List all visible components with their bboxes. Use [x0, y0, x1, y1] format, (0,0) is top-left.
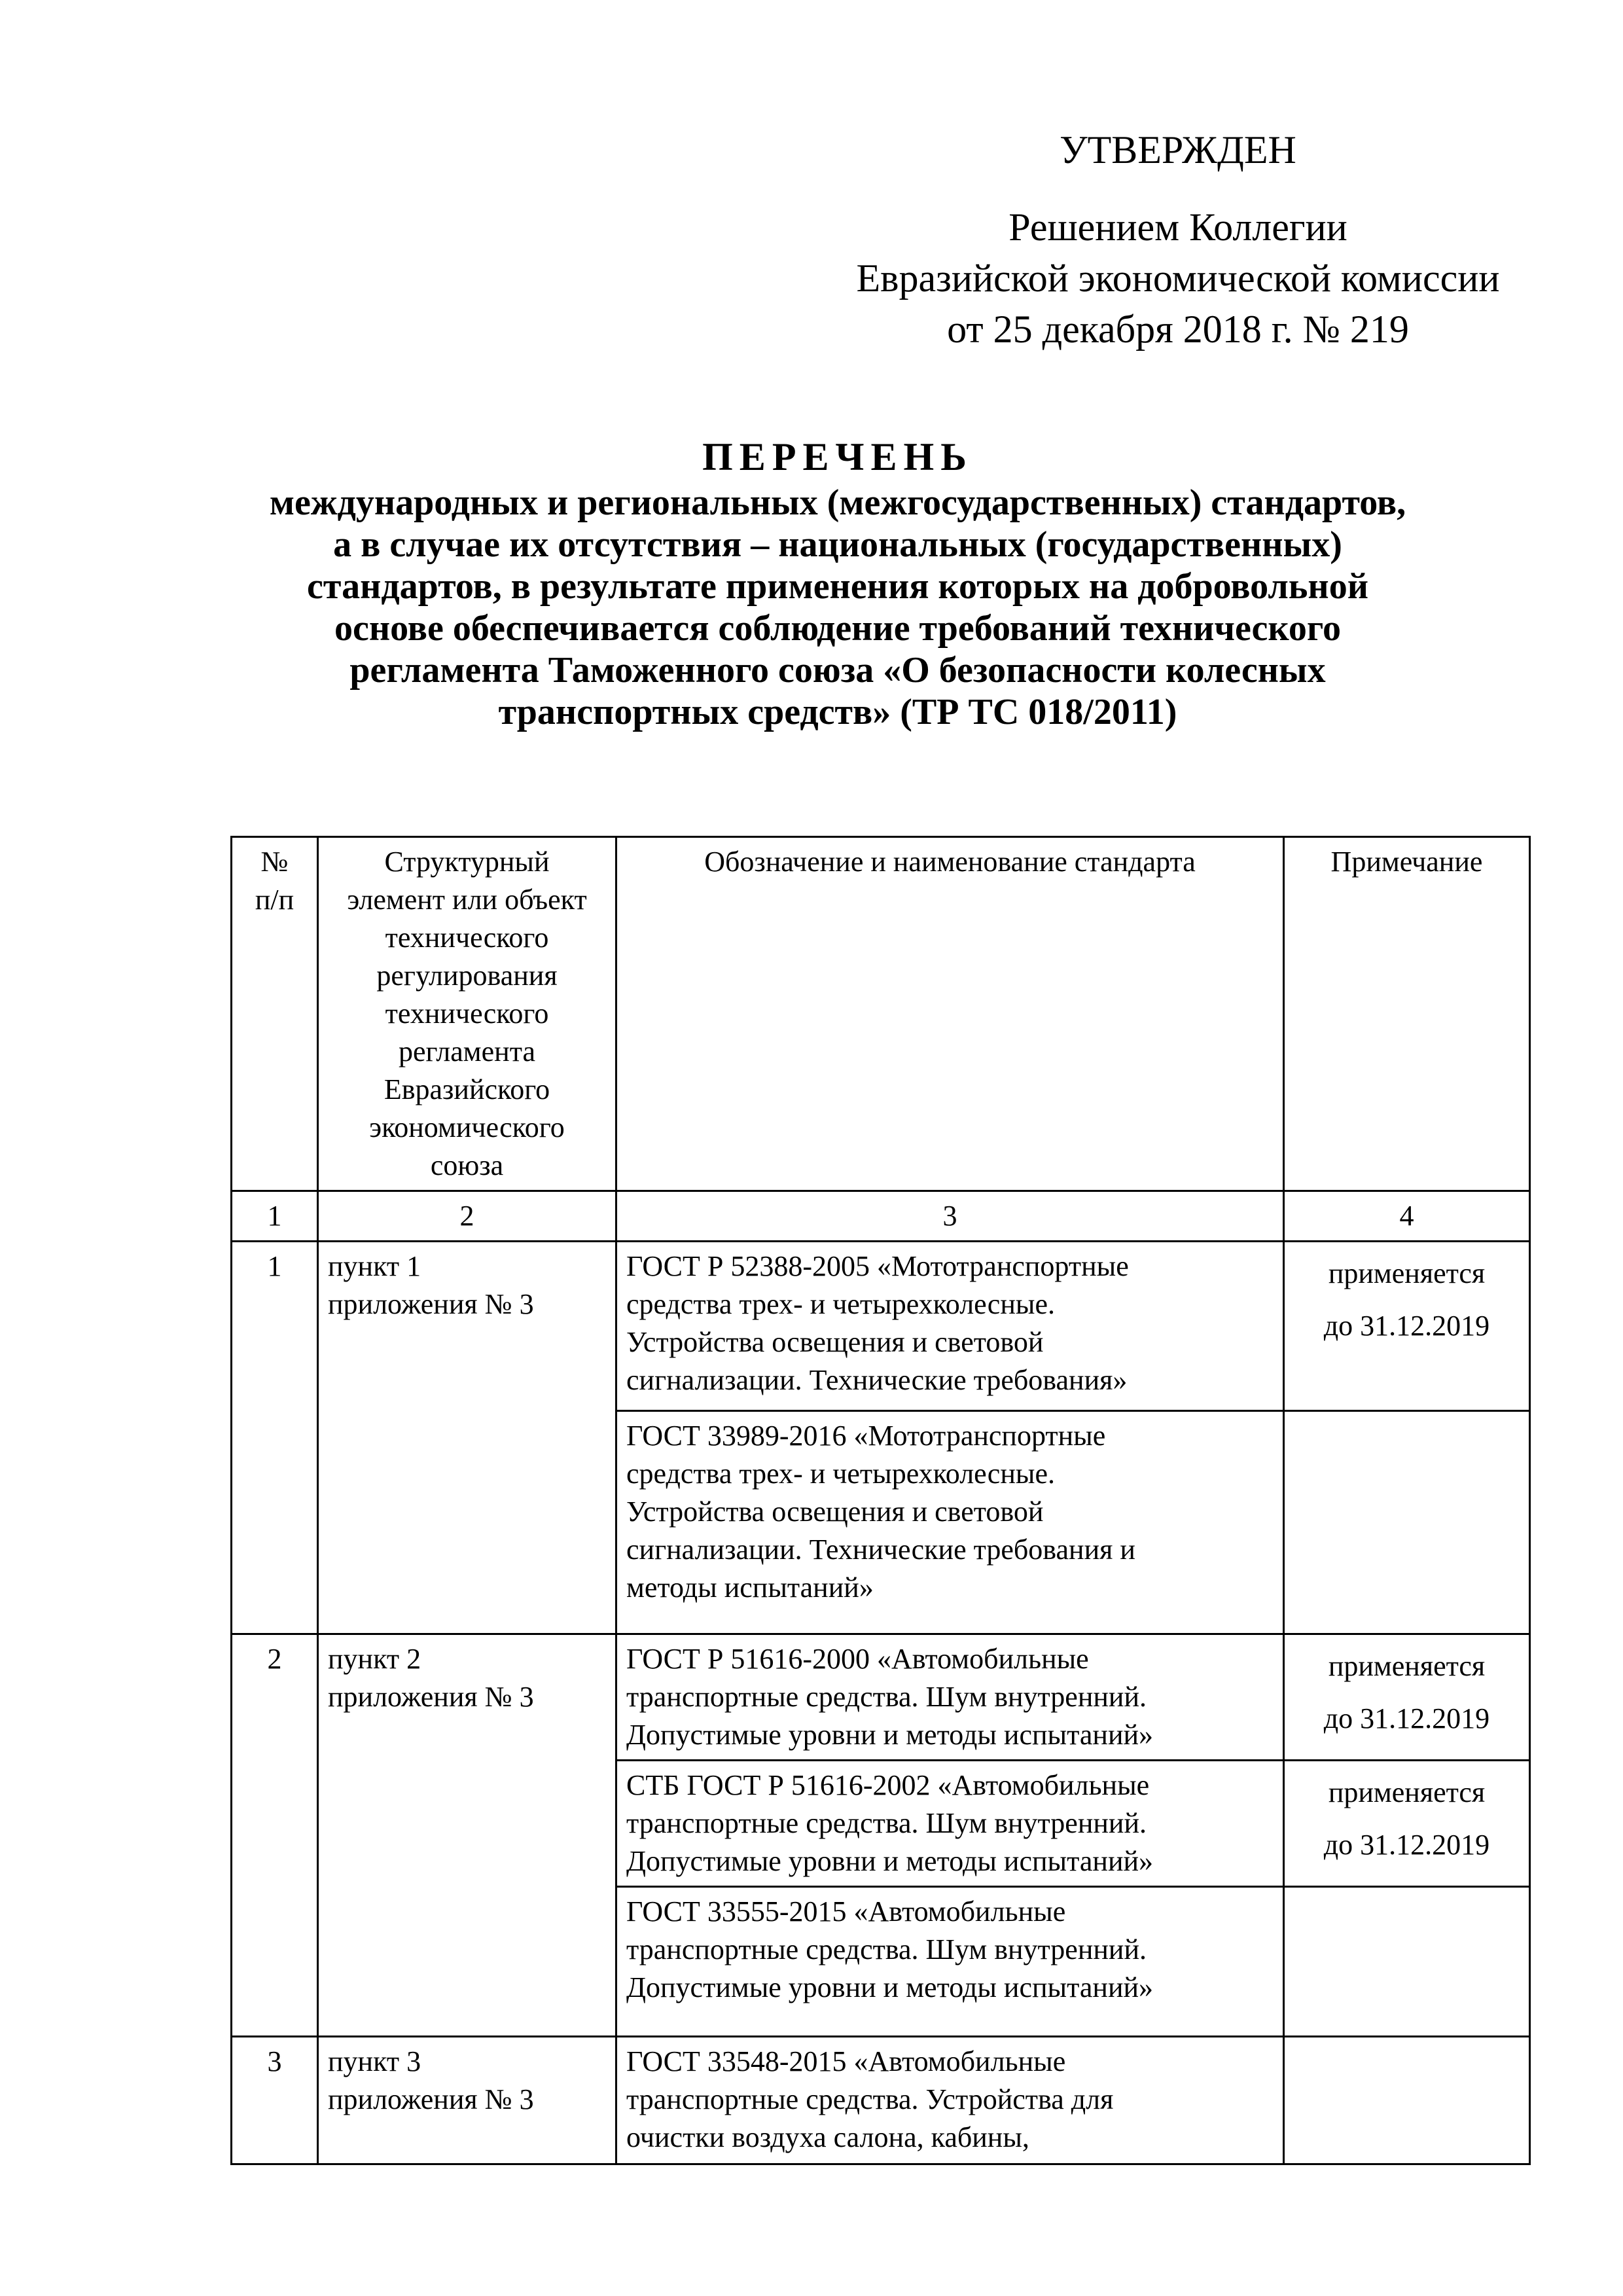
- column-number: 3: [616, 1191, 1284, 1242]
- approval-line: Решением Коллегии: [818, 202, 1538, 253]
- title-subtitle-line: международных и региональных (межгосудар…: [223, 482, 1453, 524]
- column-number-row: 1 2 3 4: [232, 1191, 1530, 1242]
- column-number: 2: [318, 1191, 616, 1242]
- header-note: Примечание: [1284, 837, 1530, 1191]
- approval-line: Евразийской экономической комиссии: [818, 253, 1538, 304]
- note-cell: [1284, 1887, 1530, 2037]
- standard-cell: ГОСТ 33555-2015 «Автомобильные транспорт…: [616, 1887, 1284, 2037]
- standard-cell: ГОСТ 33989-2016 «Мототранспортные средст…: [616, 1411, 1284, 1634]
- table-row: 1 пункт 1 приложения № 3 ГОСТ Р 52388-20…: [232, 1242, 1530, 1411]
- column-number: 4: [1284, 1191, 1530, 1242]
- note-cell: [1284, 1411, 1530, 1634]
- approval-stamp: УТВЕРЖДЕН: [818, 124, 1538, 175]
- row-element: пункт 3 приложения № 3: [318, 2037, 616, 2164]
- standard-cell: ГОСТ 33548-2015 «Автомобильные транспорт…: [616, 2037, 1284, 2164]
- title-heading: ПЕРЕЧЕНЬ: [216, 432, 1459, 482]
- standards-table: № п/п Структурный элемент или объект тех…: [230, 836, 1531, 2165]
- document-title: ПЕРЕЧЕНЬ международных и региональных (м…: [216, 432, 1459, 733]
- title-subtitle-line: стандартов, в результате применения кото…: [223, 565, 1453, 607]
- header-structural-element: Структурный элемент или объект техническ…: [318, 837, 616, 1191]
- note-cell: применяется до 31.12.2019: [1284, 1634, 1530, 1761]
- header-number: № п/п: [232, 837, 318, 1191]
- title-subtitle-line: регламента Таможенного союза «О безопасн…: [223, 649, 1453, 691]
- standard-cell: ГОСТ Р 51616-2000 «Автомобильные транспо…: [616, 1634, 1284, 1761]
- approval-line: от 25 декабря 2018 г. № 219: [818, 304, 1538, 355]
- table-header-row: № п/п Структурный элемент или объект тех…: [232, 837, 1530, 1191]
- table-row: 2 пункт 2 приложения № 3 ГОСТ Р 51616-20…: [232, 1634, 1530, 1761]
- table-row: 3 пункт 3 приложения № 3 ГОСТ 33548-2015…: [232, 2037, 1530, 2164]
- approval-block: УТВЕРЖДЕН Решением Коллегии Евразийской …: [818, 124, 1538, 355]
- standard-cell: СТБ ГОСТ Р 51616-2002 «Автомобильные тра…: [616, 1761, 1284, 1887]
- header-standard: Обозначение и наименование стандарта: [616, 837, 1284, 1191]
- row-element: пункт 1 приложения № 3: [318, 1242, 616, 1634]
- note-cell: [1284, 2037, 1530, 2164]
- title-subtitle-line: основе обеспечивается соблюдение требова…: [223, 607, 1453, 649]
- row-element: пункт 2 приложения № 3: [318, 1634, 616, 2037]
- note-cell: применяется до 31.12.2019: [1284, 1761, 1530, 1887]
- title-subtitle-line: транспортных средств» (ТР ТС 018/2011): [223, 691, 1453, 733]
- row-number: 1: [232, 1242, 318, 1634]
- column-number: 1: [232, 1191, 318, 1242]
- title-subtitle-line: а в случае их отсутствия – национальных …: [223, 524, 1453, 565]
- row-number: 2: [232, 1634, 318, 2037]
- note-cell: применяется до 31.12.2019: [1284, 1242, 1530, 1411]
- row-number: 3: [232, 2037, 318, 2164]
- standard-cell: ГОСТ Р 52388-2005 «Мототранспортные сред…: [616, 1242, 1284, 1411]
